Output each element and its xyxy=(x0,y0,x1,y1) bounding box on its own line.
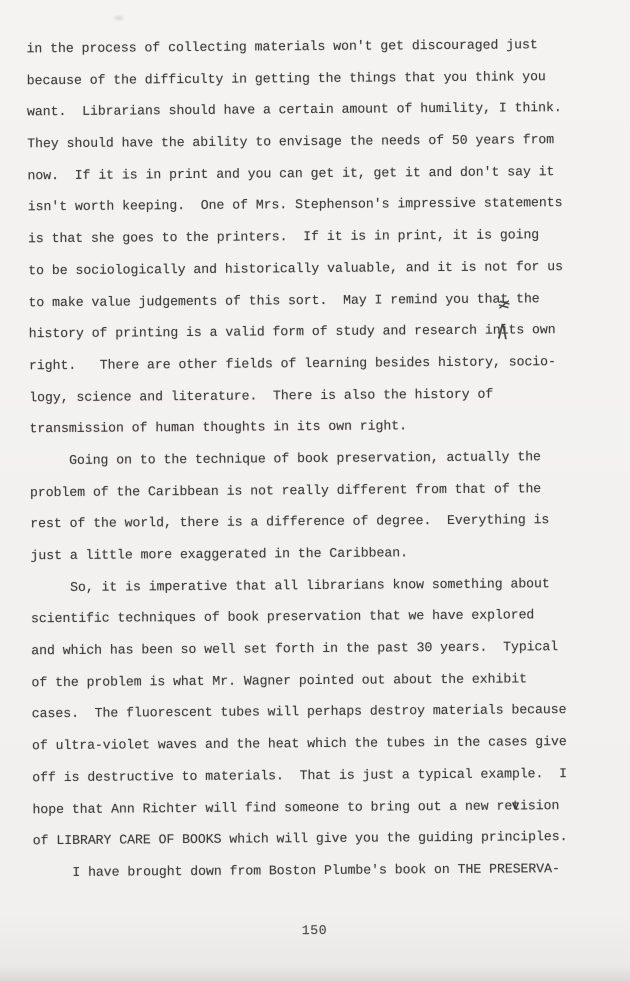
text-line: in the process of collecting materials w… xyxy=(26,29,561,65)
text-line: and which has been so well set forth in … xyxy=(31,631,566,667)
page-number: 150 xyxy=(3,921,625,941)
scanned-page: in the process of collecting materials w… xyxy=(0,0,630,981)
text-line: want. Librarians should have a certain a… xyxy=(27,92,562,128)
text-line: transmission of human thoughts in its ow… xyxy=(29,409,564,445)
text-line: just a little more exaggerated in the Ca… xyxy=(30,536,565,572)
text-line: because of the difficulty in getting the… xyxy=(27,61,562,97)
text-line: rest of the world, there is a difference… xyxy=(30,504,565,540)
insertion-caret-icon: ∧ xyxy=(495,314,510,346)
text-line: right. There are other fields of learnin… xyxy=(29,346,564,382)
faint-pencil-smudge xyxy=(112,14,125,21)
text-line: history of printing is a valid form of s… xyxy=(29,314,564,350)
text-line: of ultra-violet waves and the heat which… xyxy=(32,726,567,762)
text-line: scientific techniques of book preservati… xyxy=(31,599,566,635)
text-line: They should have the ability to envisage… xyxy=(27,124,562,160)
text-line: isn't worth keeping. One of Mrs. Stephen… xyxy=(28,187,563,223)
text-line: I have brought down from Boston Plumbe's… xyxy=(33,853,568,889)
text-line: hope that Ann Richter will find someone … xyxy=(32,790,567,826)
text-line: logy, science and literature. There is a… xyxy=(29,378,564,414)
text-line: problem of the Caribbean is not really d… xyxy=(30,473,565,509)
overstruck-character: tv xyxy=(512,790,520,822)
text-line: of the problem is what Mr. Wagner pointe… xyxy=(31,663,566,699)
text-line: Going on to the technique of book preser… xyxy=(30,441,565,477)
text-line: cases. The fluorescent tubes will perhap… xyxy=(32,694,567,730)
typewritten-text: in the process of collecting materials w… xyxy=(26,29,567,889)
text-line: to be sociologically and historically va… xyxy=(28,251,563,287)
text-line: to make value judgements of this sort. M… xyxy=(28,283,563,319)
text-line: is that she goes to the printers. If it … xyxy=(28,219,563,255)
text-line: off is destructive to materials. That is… xyxy=(32,758,567,794)
text-line: So, it is imperative that all librarians… xyxy=(31,568,566,604)
text-line: now. If it is in print and you can get i… xyxy=(27,156,562,192)
text-line: of LIBRARY CARE OF BOOKS which will give… xyxy=(33,821,568,857)
